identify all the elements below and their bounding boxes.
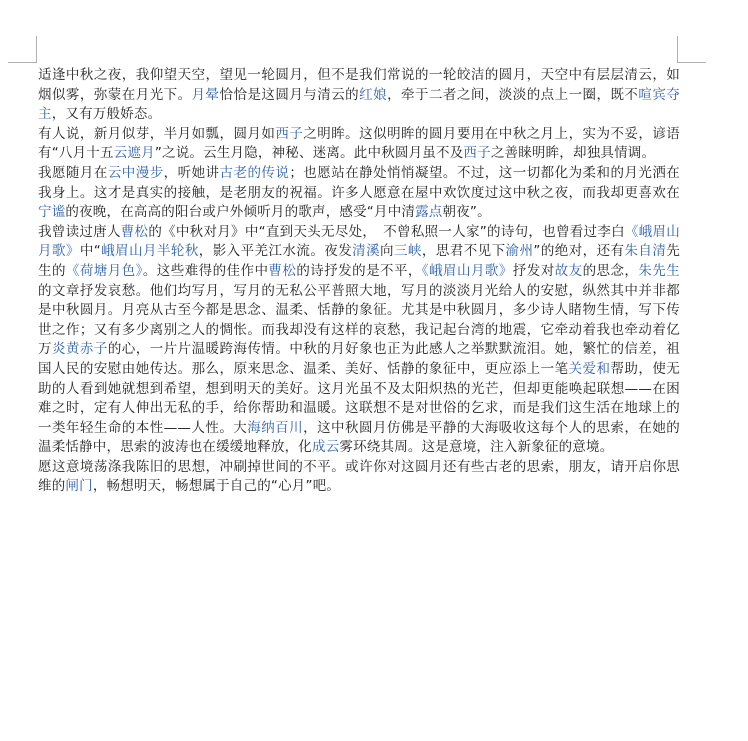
text-run: ，牵于二者之间，淡淡的点上一圈，既不	[387, 87, 638, 103]
hyperlink[interactable]: 曹松	[121, 224, 149, 240]
text-run: 有人说，新月似芽，半月如瓢，圆月如	[38, 126, 275, 142]
hyperlink[interactable]: 朱自清	[624, 243, 666, 259]
hyperlink[interactable]: 西子	[275, 126, 303, 142]
text-run: 恰恰是这圆月与清云的	[220, 87, 360, 103]
hyperlink[interactable]: 三峡	[394, 243, 422, 259]
hyperlink[interactable]: 《荷塘月色》	[66, 263, 143, 279]
hyperlink[interactable]: 曹松	[268, 263, 296, 279]
text-run: ，影入平羌江水流。夜发	[199, 243, 352, 259]
text-run: 雾环绕其周。这是意境，注入新象征的意境。	[339, 439, 613, 455]
paragraph-4: 我曾读过唐人曹松的《中秋对月》中“直到天头无尽处， 不曾私照一人家”的诗句，也曾…	[38, 223, 680, 458]
text-run: ，思君不见下	[422, 243, 506, 259]
hyperlink[interactable]: 朱先生	[638, 263, 680, 279]
page-corner-mark-top-right	[677, 36, 706, 63]
hyperlink[interactable]: 峨眉山月半轮秋	[101, 243, 199, 259]
hyperlink[interactable]: 西子	[463, 145, 490, 161]
paragraph-1: 适逢中秋之夜，我仰望天空，望见一轮圆月，但不是我们常说的一轮皎洁的圆月，天空中有…	[38, 66, 680, 125]
hyperlink[interactable]: 炎黄赤子	[52, 341, 108, 357]
text-run: 我愿随月在	[38, 165, 108, 181]
document-body: 适逢中秋之夜，我仰望天空，望见一轮圆月，但不是我们常说的一轮皎洁的圆月，天空中有…	[38, 66, 680, 497]
hyperlink[interactable]: 关爱和	[569, 361, 611, 377]
hyperlink[interactable]: 海纳百川	[247, 420, 303, 436]
text-run: 中“	[80, 243, 101, 259]
page-corner-mark-top-left	[8, 36, 37, 63]
text-run: 。这些难得的佳作中	[143, 263, 269, 279]
text-run: 的夜晚，在高高的阳台或户外倾听月的歌声，感受“月中清	[65, 204, 415, 220]
hyperlink[interactable]: 故友	[555, 263, 583, 279]
hyperlink[interactable]: 宁谧	[38, 204, 65, 220]
text-run: 向	[380, 243, 394, 259]
hyperlink[interactable]: 红娘	[359, 87, 387, 103]
text-run: 我曾读过唐人	[38, 224, 121, 240]
text-run: 的诗抒发的是不平，	[296, 263, 422, 279]
text-run: 之善睐明眸，却独具情调。	[491, 145, 655, 161]
text-run: ，听她讲	[164, 165, 220, 181]
hyperlink[interactable]: 云中漫步	[108, 165, 164, 181]
paragraph-2: 有人说，新月似芽，半月如瓢，圆月如西子之明眸。这似明眸的圆月要用在中秋之月上，实…	[38, 125, 680, 164]
hyperlink[interactable]: 月晕	[192, 87, 220, 103]
hyperlink[interactable]: 清溪	[352, 243, 380, 259]
hyperlink[interactable]: 露点	[415, 204, 442, 220]
hyperlink[interactable]: 云遮月	[114, 145, 155, 161]
hyperlink[interactable]: 《峨眉山月歌》	[422, 263, 513, 279]
hyperlink[interactable]: 渝州	[506, 243, 534, 259]
text-run: ”之说。云生月隐，神秘、迷离。此中秋圆月虽不及	[155, 145, 464, 161]
hyperlink[interactable]: 闸门	[65, 478, 92, 494]
text-run: 的思念，	[583, 263, 639, 279]
text-run: ，又有万般娇态。	[52, 106, 162, 122]
text-run: 抒发对	[513, 263, 555, 279]
text-run: ”的绝对，还有	[533, 243, 624, 259]
text-run: 的《中秋对月》中“直到天头无尽处， 不曾私照一人家”的诗句，也曾看过李白	[148, 224, 625, 240]
text-run: 朝夜”。	[443, 204, 491, 220]
hyperlink[interactable]: 成云	[312, 439, 339, 455]
text-run: ，畅想明天，畅想属于自己的“心月”吧。	[93, 478, 340, 494]
hyperlink[interactable]: 古老的传说	[220, 165, 290, 181]
paragraph-3: 我愿随月在云中漫步，听她讲古老的传说；也愿站在静处悄悄凝望。不过，这一切都化为柔…	[38, 164, 680, 223]
paragraph-5: 愿这意境荡涤我陈旧的思想，冲刷掉世间的不平。或许你对这圆月还有些古老的思索，朋友…	[38, 458, 680, 497]
